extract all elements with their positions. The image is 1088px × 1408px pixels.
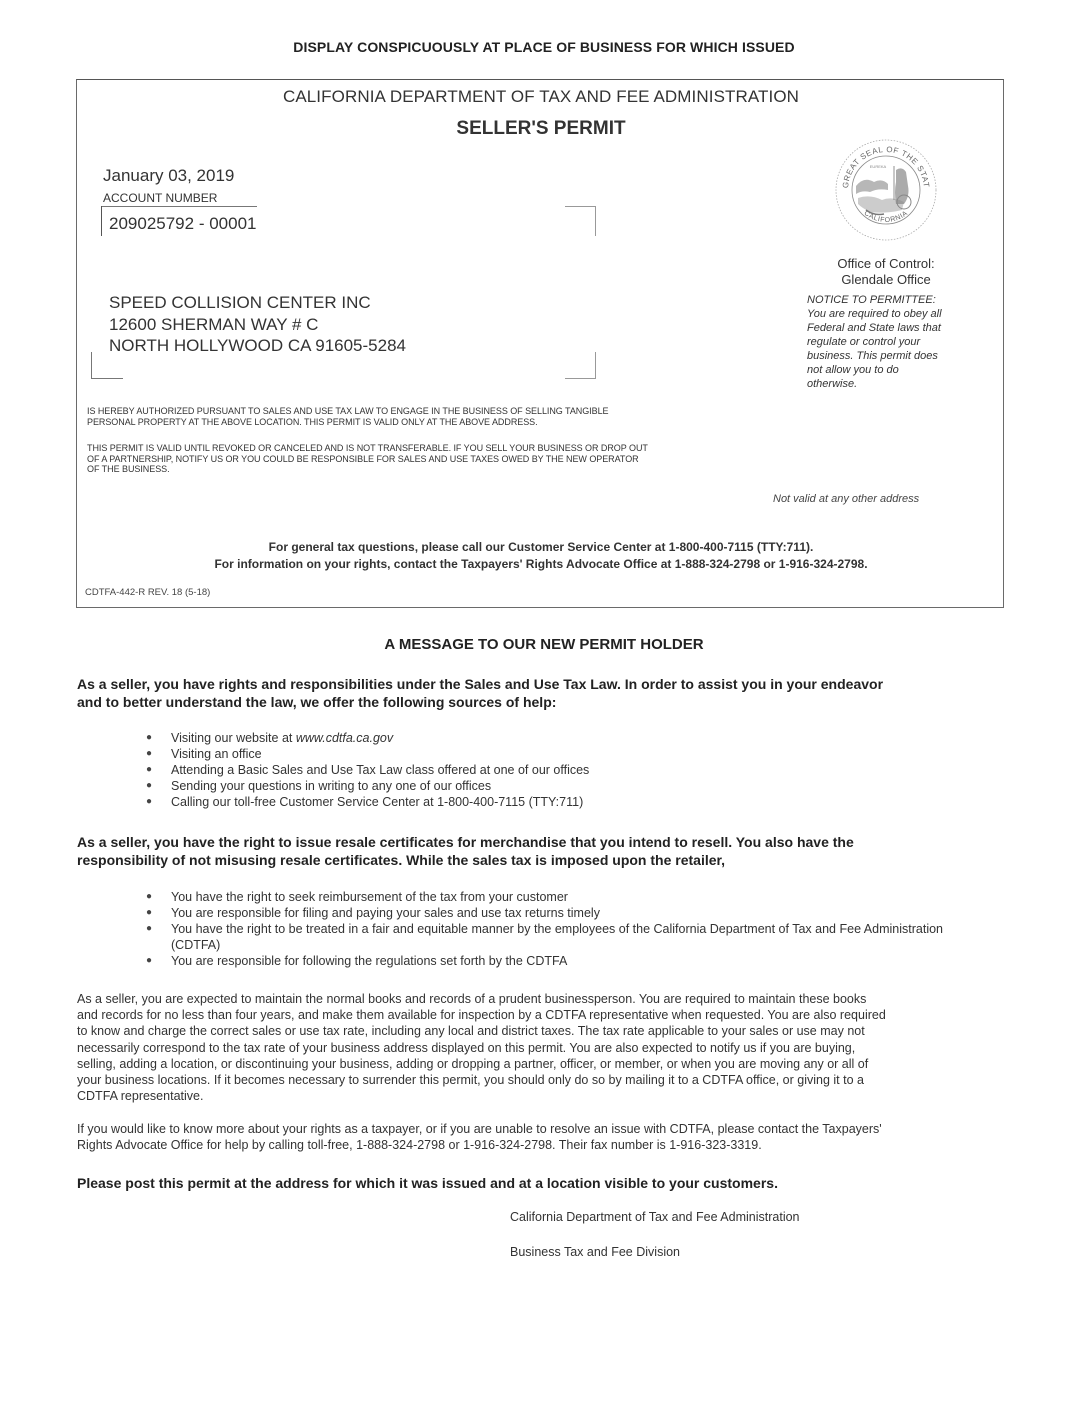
notice-line: regulate or control your [807, 335, 977, 349]
address-window-corner [91, 378, 123, 379]
paragraph-line: As a seller, you are expected to maintai… [77, 991, 1012, 1007]
validity-line: THIS PERMIT IS VALID UNTIL REVOKED OR CA… [87, 443, 787, 454]
sellers-permit-certificate: CALIFORNIA DEPARTMENT OF TAX AND FEE ADM… [76, 79, 1004, 608]
notice-line: not allow you to do [807, 363, 977, 377]
post-permit-note: Please post this permit at the address f… [77, 1175, 1012, 1191]
list-item-text: You are responsible for filing and payin… [171, 906, 600, 920]
validity-line: OF THE BUSINESS. [87, 464, 787, 475]
not-valid-note: Not valid at any other address [773, 493, 919, 505]
list-item-text: You have the right to seek reimbursement… [171, 890, 568, 904]
account-number: 209025792 - 00001 [109, 214, 256, 234]
bullet-icon: ● [143, 953, 155, 969]
notice-line: business. This permit does [807, 349, 977, 363]
state-seal-icon: THE GREAT SEAL OF THE STATE OF CALIFORNI… [834, 138, 938, 242]
advocate-paragraph: If you would like to know more about you… [77, 1121, 1012, 1153]
business-name: SPEED COLLISION CENTER INC [109, 292, 371, 313]
list-item-text: Attending a Basic Sales and Use Tax Law … [171, 763, 589, 777]
paragraph-line: your business locations. If it becomes n… [77, 1072, 1012, 1088]
bullet-icon: ● [143, 778, 155, 794]
bullet-icon: ● [143, 921, 155, 937]
bullet-icon: ● [143, 905, 155, 921]
list-item: ●Attending a Basic Sales and Use Tax Law… [143, 762, 763, 778]
notice-heading: NOTICE TO PERMITTEE: [807, 293, 977, 307]
validity-statement: THIS PERMIT IS VALID UNTIL REVOKED OR CA… [87, 443, 787, 475]
svg-text:EUREKA: EUREKA [870, 164, 887, 169]
bullet-icon: ● [143, 794, 155, 810]
business-street: 12600 SHERMAN WAY # C [109, 314, 318, 335]
authorization-statement: IS HEREBY AUTHORIZED PURSUANT TO SALES A… [87, 406, 787, 427]
rights-advocate-contact: For information on your rights, contact … [77, 556, 1005, 573]
office-label: Office of Control: [805, 256, 967, 272]
permit-title: SELLER'S PERMIT [77, 118, 1005, 140]
account-frame-top [101, 206, 257, 207]
list-item-text: Visiting our website at [171, 731, 296, 745]
notice-line: otherwise. [807, 377, 977, 391]
bullet-icon: ● [143, 730, 155, 746]
bullet-icon: ● [143, 746, 155, 762]
business-city: NORTH HOLLYWOOD CA 91605-5284 [109, 335, 406, 356]
resale-intro-line: As a seller, you have the right to issue… [77, 833, 1007, 851]
paragraph-line: and records for no less than four years,… [77, 1007, 1012, 1023]
notice-line: Federal and State laws that [807, 321, 977, 335]
notice-to-permittee: NOTICE TO PERMITTEE: You are required to… [807, 293, 977, 391]
resale-intro-line: responsibility of not misusing resale ce… [77, 851, 1007, 869]
paragraph-line: necessarily correspond to the tax rate o… [77, 1040, 1012, 1056]
resale-intro: As a seller, you have the right to issue… [77, 833, 1007, 869]
list-item: ●You are responsible for following the r… [143, 953, 983, 969]
signature-division: Business Tax and Fee Division [510, 1245, 680, 1259]
help-sources-list: ●Visiting our website at www.cdtfa.ca.go… [143, 730, 763, 810]
address-window-corner [565, 378, 596, 379]
list-item-text: Calling our toll-free Customer Service C… [171, 795, 583, 809]
list-item: ●You are responsible for filing and payi… [143, 905, 983, 921]
list-item: ●You have the right to be treated in a f… [143, 921, 983, 953]
rights-intro-line: As a seller, you have rights and respons… [77, 675, 1007, 693]
rights-list: ●You have the right to seek reimbursemen… [143, 889, 983, 969]
address-window-corner [91, 352, 92, 378]
agency-name: CALIFORNIA DEPARTMENT OF TAX AND FEE ADM… [77, 87, 1005, 107]
address-window-corner [595, 352, 596, 378]
rights-intro: As a seller, you have rights and respons… [77, 675, 1007, 711]
account-number-label: ACCOUNT NUMBER [103, 191, 217, 205]
office-name: Glendale Office [805, 272, 967, 288]
office-of-control: Office of Control: Glendale Office [805, 256, 967, 288]
paragraph-line: CDTFA representative. [77, 1088, 1012, 1104]
address-window-corner [595, 206, 596, 236]
rights-intro-line: and to better understand the law, we off… [77, 693, 1007, 711]
website-link[interactable]: www.cdtfa.ca.gov [296, 731, 393, 745]
list-item-text: Sending your questions in writing to any… [171, 779, 491, 793]
list-item: ●Calling our toll-free Customer Service … [143, 794, 763, 810]
display-banner: DISPLAY CONSPICUOUSLY AT PLACE OF BUSINE… [0, 39, 1088, 55]
list-item-text: You have the right to be treated in a fa… [171, 922, 943, 952]
paragraph-line: to know and charge the correct sales or … [77, 1023, 1012, 1039]
address-window-corner [565, 206, 596, 207]
authorization-line: PERSONAL PROPERTY AT THE ABOVE LOCATION.… [87, 417, 787, 428]
account-frame-left [101, 206, 102, 236]
customer-service-contact: For general tax questions, please call o… [77, 539, 1005, 556]
list-item: ●Visiting an office [143, 746, 763, 762]
paragraph-line: selling, adding a location, or discontin… [77, 1056, 1012, 1072]
notice-line: You are required to obey all [807, 307, 977, 321]
paragraph-line: If you would like to know more about you… [77, 1121, 1012, 1137]
form-identifier: CDTFA-442-R REV. 18 (5-18) [85, 587, 210, 598]
list-item: ●Sending your questions in writing to an… [143, 778, 763, 794]
paragraph-line: Rights Advocate Office for help by calli… [77, 1137, 1012, 1153]
validity-line: OF A PARTNERSHIP, NOTIFY US OR YOU COULD… [87, 454, 787, 465]
list-item: ●Visiting our website at www.cdtfa.ca.go… [143, 730, 763, 746]
signature-agency: California Department of Tax and Fee Adm… [510, 1210, 800, 1224]
message-title: A MESSAGE TO OUR NEW PERMIT HOLDER [0, 636, 1088, 653]
authorization-line: IS HEREBY AUTHORIZED PURSUANT TO SALES A… [87, 406, 787, 417]
records-paragraph: As a seller, you are expected to maintai… [77, 991, 1012, 1104]
issue-date: January 03, 2019 [103, 166, 234, 186]
list-item: ●You have the right to seek reimbursemen… [143, 889, 983, 905]
list-item-text: You are responsible for following the re… [171, 954, 567, 968]
list-item-text: Visiting an office [171, 747, 262, 761]
bullet-icon: ● [143, 889, 155, 905]
bullet-icon: ● [143, 762, 155, 778]
